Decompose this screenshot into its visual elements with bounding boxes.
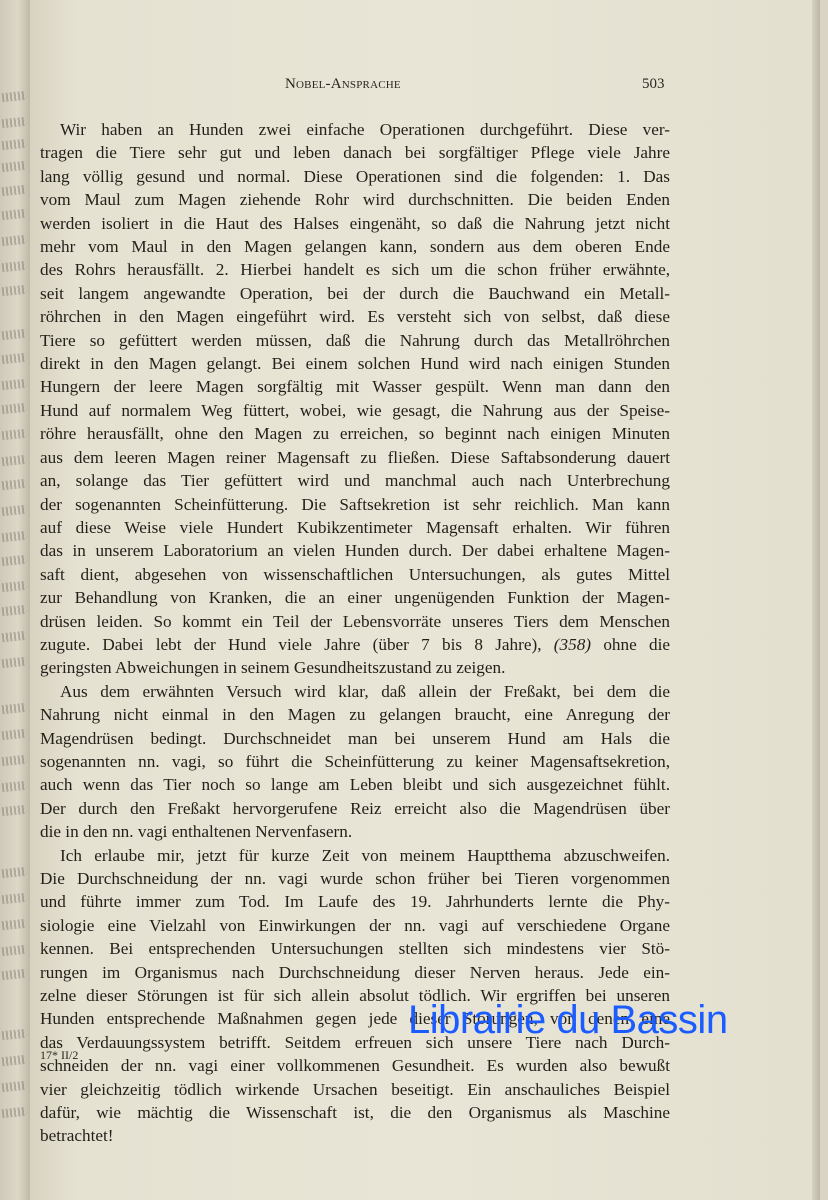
- text-line: und führte immer zum Tod. Im Laufe des 1…: [40, 890, 670, 913]
- paragraph-2: Aus dem erwähnten Versuch wird klar, daß…: [40, 680, 670, 844]
- text-line-with-reference: zugute. Dabei lebt der Hund viele Jahre …: [40, 633, 670, 656]
- text-line: sogenannten nn. vagi, so führt die Schei…: [40, 750, 670, 773]
- text-line: dafür, wie mächtig die Wissenschaft ist,…: [40, 1101, 670, 1124]
- text-line: werden isoliert in die Haut des Halses e…: [40, 212, 670, 235]
- text-line: Der durch den Freßakt hervorgerufene Rei…: [40, 797, 670, 820]
- text-line: drüsen leiden. So kommt ein Teil der Leb…: [40, 610, 670, 633]
- ref-after: ohne die: [603, 635, 670, 654]
- text-line: kennen. Bei entsprechenden Untersuchunge…: [40, 937, 670, 960]
- text-line: saft dient, abgesehen von wissenschaftli…: [40, 563, 670, 586]
- text-line: auf diese Weise viele Hundert Kubikzenti…: [40, 516, 670, 539]
- page-number: 503: [642, 76, 665, 93]
- text-line: siologie eine Vielzahl von Einwirkungen …: [40, 914, 670, 937]
- text-line: die in den nn. vagi enthaltenen Nervenfa…: [40, 820, 670, 843]
- page-edge: [812, 0, 820, 1200]
- text-line: an, solange das Tier gefüttert wird und …: [40, 469, 670, 492]
- text-line: geringsten Abweichungen in seinem Gesund…: [40, 656, 670, 679]
- text-line: röhrchen in den Magen eingeführt wird. E…: [40, 305, 670, 328]
- text-line: direkt in den Magen gelangt. Bei einem s…: [40, 352, 670, 375]
- signature-mark: 17* II/2: [40, 1048, 78, 1063]
- text-line: schneiden der nn. vagi einer vollkommene…: [40, 1054, 670, 1077]
- text-line: Aus dem erwähnten Versuch wird klar, daß…: [40, 680, 670, 703]
- text-line: Magendrüsen bedingt. Durchschneidet man …: [40, 727, 670, 750]
- ref-before: zugute. Dabei lebt der Hund viele Jahre …: [40, 635, 542, 654]
- text-line: tragen die Tiere sehr gut und leben dana…: [40, 141, 670, 164]
- text-line: Die Durchschneidung der nn. vagi wurde s…: [40, 867, 670, 890]
- running-head: Nobel-Ansprache 503: [30, 76, 820, 98]
- paragraph-1: Wir haben an Hunden zwei einfache Operat…: [40, 118, 670, 680]
- text-line: das in unserem Laboratorium an vielen Hu…: [40, 539, 670, 562]
- text-line: Tiere so gefüttert werden müssen, daß di…: [40, 329, 670, 352]
- text-line: seit langem angewandte Operation, bei de…: [40, 282, 670, 305]
- running-title: Nobel-Ansprache: [285, 76, 401, 93]
- text-line: röhre herausfällt, ohne den Magen zu err…: [40, 422, 670, 445]
- text-line: auch wenn das Tier noch so lange am Lebe…: [40, 773, 670, 796]
- text-line: Wir haben an Hunden zwei einfache Operat…: [40, 118, 670, 141]
- facing-page-bleed: [0, 0, 30, 1200]
- reference-number: (358): [554, 635, 591, 654]
- watermark: Librairie du Bassin: [408, 998, 728, 1043]
- text-line: Hund auf normalem Weg füttert, wobei, wi…: [40, 399, 670, 422]
- paragraph-3: Ich erlaube mir, jetzt für kurze Zeit vo…: [40, 844, 670, 1148]
- text-line: Hungern der leere Magen sorgfältig mit W…: [40, 375, 670, 398]
- body-text: Wir haben an Hunden zwei einfache Operat…: [40, 118, 670, 1148]
- text-line: Nahrung nicht einmal in den Magen zu gel…: [40, 703, 670, 726]
- text-line: betrachtet!: [40, 1124, 670, 1147]
- text-line: vom Maul zum Magen ziehende Rohr wird du…: [40, 188, 670, 211]
- text-line: Ich erlaube mir, jetzt für kurze Zeit vo…: [40, 844, 670, 867]
- text-line: mehr vom Maul in den Magen gelangen kann…: [40, 235, 670, 258]
- text-line: rungen im Organismus nach Durchschneidun…: [40, 961, 670, 984]
- text-line: des Rohrs herausfällt. 2. Hierbei handel…: [40, 258, 670, 281]
- text-line: aus dem leeren Magen reiner Magensaft zu…: [40, 446, 670, 469]
- text-line: zur Behandlung von Kranken, die an einer…: [40, 586, 670, 609]
- text-line: der sogenannten Scheinfütterung. Die Saf…: [40, 493, 670, 516]
- text-line: lang völlig gesund und normal. Diese Ope…: [40, 165, 670, 188]
- text-line: vier gleichzeitig tödlich wirkende Ursac…: [40, 1078, 670, 1101]
